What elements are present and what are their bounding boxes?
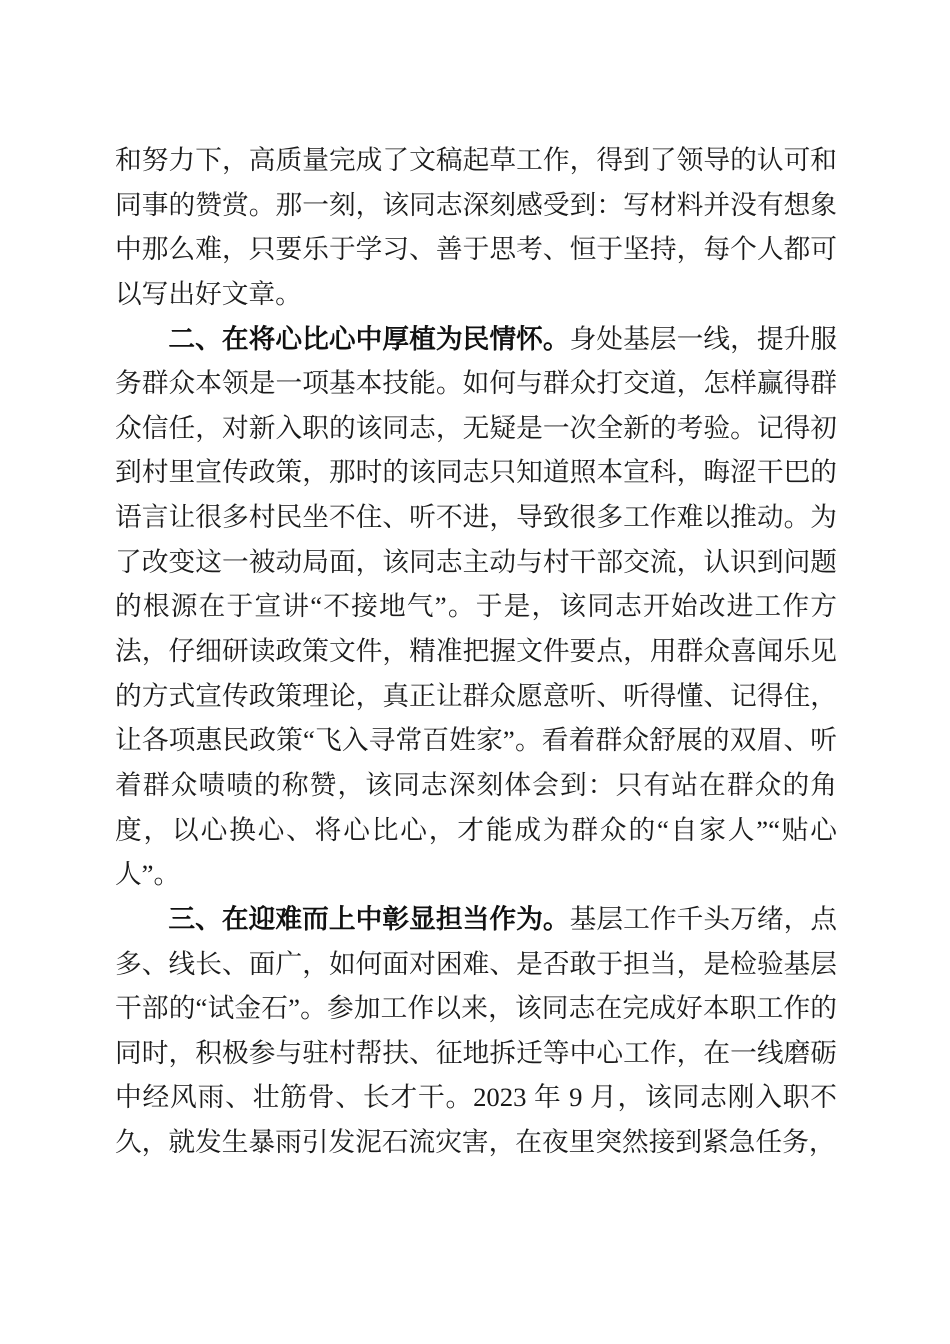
section-heading-3: 三、在迎难而上中彰显担当作为。 xyxy=(168,904,569,934)
paragraph-section-2: 二、在将心比心中厚植为民情怀。身处基层一线，提升服务群众本领是一项基本技能。如何… xyxy=(115,317,837,897)
paragraph-continuation-text: 和努力下，高质量完成了文稿起草工作，得到了领导的认可和同事的赞赏。那一刻，该同志… xyxy=(115,145,837,309)
paragraph-section-3-text: 基层工作千头万绪，点多、线长、面广，如何面对困难、是否敢于担当，是检验基层干部的… xyxy=(115,904,837,1157)
paragraph-continuation: 和努力下，高质量完成了文稿起草工作，得到了领导的认可和同事的赞赏。那一刻，该同志… xyxy=(115,138,837,317)
paragraph-section-2-text: 身处基层一线，提升服务群众本领是一项基本技能。如何与群众打交道，怎样赢得群众信任… xyxy=(115,324,837,890)
document-page: 和努力下，高质量完成了文稿起草工作，得到了领导的认可和同事的赞赏。那一刻，该同志… xyxy=(0,0,950,1344)
section-heading-2: 二、在将心比心中厚植为民情怀。 xyxy=(168,324,569,354)
paragraph-section-3: 三、在迎难而上中彰显担当作为。基层工作千头万绪，点多、线长、面广，如何面对困难、… xyxy=(115,897,837,1165)
document-body: 和努力下，高质量完成了文稿起草工作，得到了领导的认可和同事的赞赏。那一刻，该同志… xyxy=(115,138,837,1165)
